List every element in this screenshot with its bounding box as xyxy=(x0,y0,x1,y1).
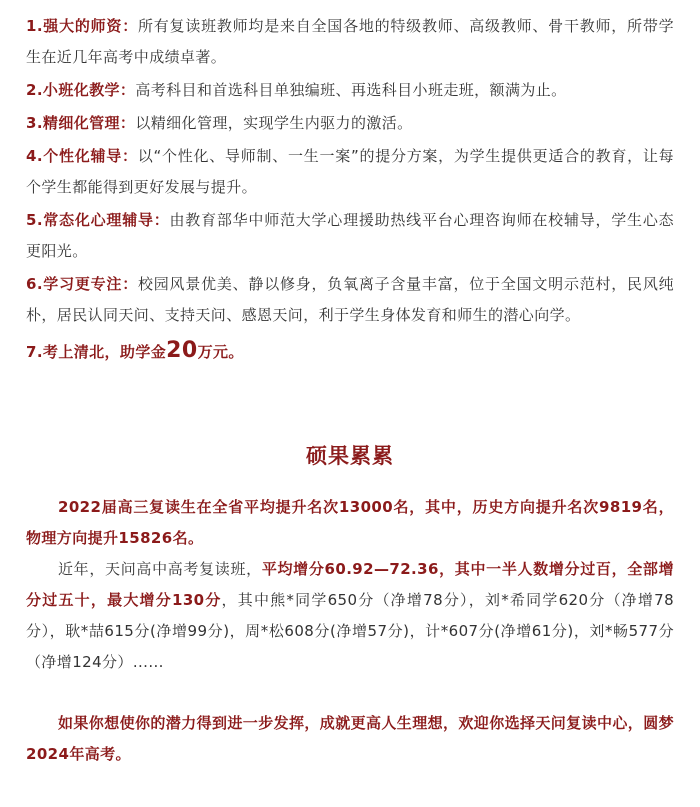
scholarship-item: 7.考上清北，助学金20万元。 xyxy=(26,335,674,368)
scholarship-prefix: 7.考上清北，助学金 xyxy=(26,343,166,361)
article-page: 1.强大的师资：所有复读班教师均是来自全国各地的特级教师、高级教师、骨干教师，所… xyxy=(0,11,700,770)
feature-item: 2.小班化教学：高考科目和首选科目单独编班、再选科目小班走班，额满为止。 xyxy=(26,75,674,106)
feature-item: 3.精细化管理：以精细化管理，实现学生内驱力的激活。 xyxy=(26,108,674,139)
feature-title: 3.精细化管理： xyxy=(26,114,135,132)
feature-title: 4.个性化辅导： xyxy=(26,147,138,165)
feature-title: 2.小班化教学： xyxy=(26,81,135,99)
feature-item: 5.常态化心理辅导：由教育部华中师范大学心理援助热线平台心理咨询师在校辅导，学生… xyxy=(26,205,674,267)
feature-list: 1.强大的师资：所有复读班教师均是来自全国各地的特级教师、高级教师、骨干教师，所… xyxy=(26,11,674,368)
feature-title: 6.学习更专注： xyxy=(26,275,138,293)
feature-text: 以精细化管理，实现学生内驱力的激活。 xyxy=(135,114,412,132)
achievement-detail: 近年，天问高中高考复读班，平均增分60.92—72.36，其中一半人数增分过百，… xyxy=(26,554,674,678)
feature-item: 6.学习更专注：校园风景优美、静以修身，负氧离子含量丰富，位于全国文明示范村，民… xyxy=(26,269,674,331)
scholarship-suffix: 万元。 xyxy=(198,343,244,361)
closing-statement: 如果你想使你的潜力得到进一步发挥，成就更高人生理想，欢迎你选择天问复读中心，圆梦… xyxy=(26,708,674,770)
achievement-summary: 2022届高三复读生在全省平均提升名次13000名，其中，历史方向提升名次981… xyxy=(26,492,674,554)
feature-item: 1.强大的师资：所有复读班教师均是来自全国各地的特级教师、高级教师、骨干教师，所… xyxy=(26,11,674,73)
scholarship-amount: 20 xyxy=(166,338,197,363)
feature-item: 4.个性化辅导：以“个性化、导师制、一生一案”的提分方案，为学生提供更适合的教育… xyxy=(26,141,674,203)
feature-title: 1.强大的师资： xyxy=(26,17,138,35)
detail-intro: 近年，天问高中高考复读班， xyxy=(58,560,262,578)
feature-title: 5.常态化心理辅导： xyxy=(26,211,170,229)
feature-text: 高考科目和首选科目单独编班、再选科目小班走班，额满为止。 xyxy=(135,81,566,99)
section-title: 硕果累累 xyxy=(26,440,674,470)
